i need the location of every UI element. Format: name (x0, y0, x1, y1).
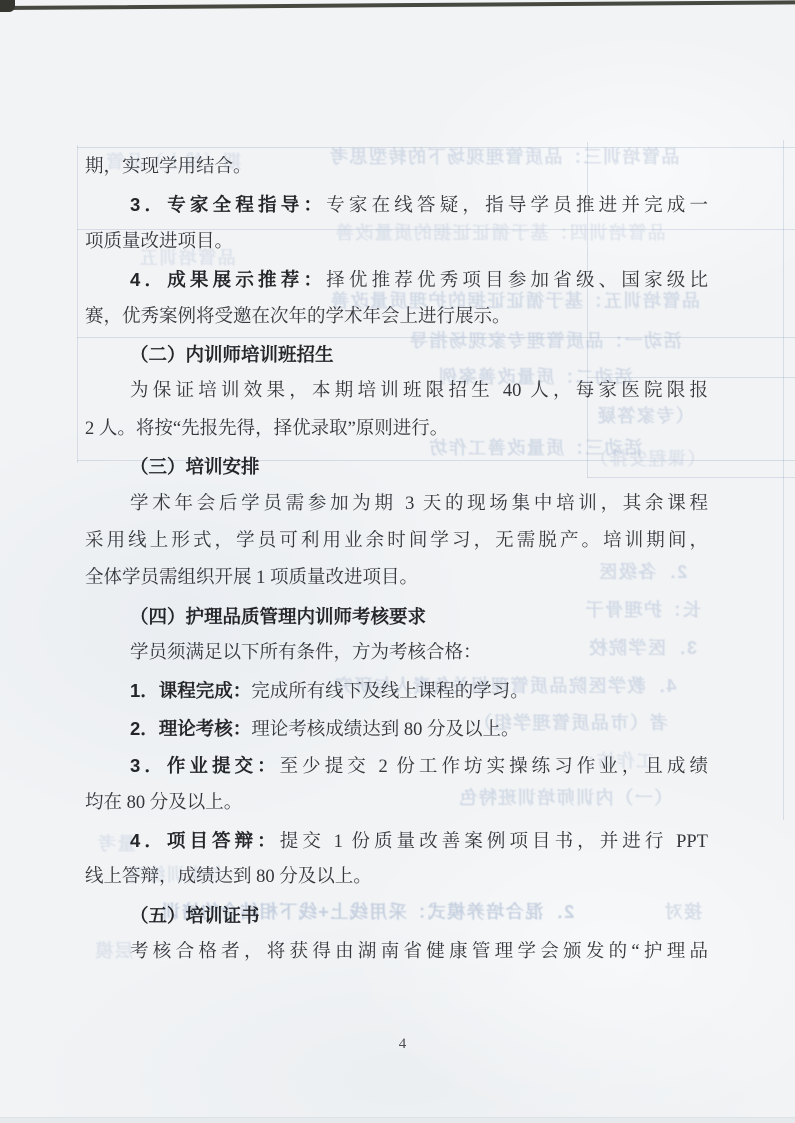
text-line: 全体学员需组织开展 1 项质量改进项目。 (85, 560, 708, 597)
text-run: 提交 1 份质量改善案例项目书，并进行 PPT (280, 832, 708, 852)
text-line: 1．课程完成：完成所有线下及线上课程的学习。 (85, 672, 708, 709)
section-heading: （五）培训证书 (85, 897, 708, 934)
text-line: 采用线上形式，学员可利用业余时间学习，无需脱产。培训期间， (85, 523, 708, 560)
bold-text-run: 3．作业提交： (130, 755, 280, 776)
bleedthrough-table-rule (77, 147, 795, 148)
bold-text-run: （五）培训证书 (130, 905, 260, 926)
text-line: 线上答辩，成绩达到 80 分及以上。 (85, 859, 708, 896)
text-run: 理论考核成绩达到 80 分及以上。 (251, 720, 519, 740)
text-line: 学员须满足以下所有条件，方为考核合格： (85, 635, 708, 672)
scanner-edge-artifact (0, 0, 795, 10)
text-run: 完成所有线下及线上课程的学习。 (251, 682, 529, 702)
section-heading: （四）护理品质管理内训师考核要求 (85, 598, 708, 635)
text-line: 3．专家全程指导：专家在线答疑，指导学员推进并完成一 (85, 186, 708, 223)
scanner-corner-artifact (0, 0, 15, 12)
bold-text-run: （四）护理品质管理内训师考核要求 (130, 606, 426, 627)
text-run: 项质量改进项目。 (85, 232, 233, 252)
text-run: 2 人。将按“先报先得，择优录取”原则进行。 (85, 419, 448, 439)
scanned-document-page: 品管培训三：品质管理现场下的转型思考期（线上）品管品管培训四：基于循证证据的质量… (0, 0, 795, 1123)
text-run: 择优推荐优秀项目参加省级、国家级比 (326, 271, 708, 291)
bold-text-run: 4．成果展示推荐： (130, 269, 326, 290)
bold-text-run: 2．理论考核： (130, 718, 251, 739)
document-body-text: 期，实现学用结合。3．专家全程指导：专家在线答疑，指导学员推进并完成一项质量改进… (85, 149, 708, 972)
text-line: 2 人。将按“先报先得，择优录取”原则进行。 (85, 411, 708, 448)
scan-bottom-shadow (0, 1117, 795, 1123)
text-line: 4．成果展示推荐：择优推荐优秀项目参加省级、国家级比 (85, 261, 708, 298)
text-line: 均在 80 分及以上。 (85, 785, 708, 822)
bold-text-run: 1．课程完成： (130, 680, 251, 701)
text-line: 期，实现学用结合。 (85, 149, 708, 186)
text-line: 4．项目答辩：提交 1 份质量改善案例项目书，并进行 PPT (85, 822, 708, 859)
section-heading: （二）内训师培训班招生 (85, 336, 708, 373)
bold-text-run: 4．项目答辩： (130, 830, 280, 851)
text-run: 为保证培训效果，本期培训班限招生 40 人，每家医院限报 (130, 381, 708, 401)
text-run: 均在 80 分及以上。 (85, 793, 242, 813)
bleedthrough-table-rule (77, 145, 78, 463)
text-line: 学术年会后学员需参加为期 3 天的现场集中培训，其余课程 (85, 486, 708, 523)
bold-text-run: （三）培训安排 (130, 456, 260, 477)
text-run: 学术年会后学员需参加为期 3 天的现场集中培训，其余课程 (130, 494, 708, 514)
text-run: 学员须满足以下所有条件，方为考核合格： (130, 643, 482, 663)
bleedthrough-table-rule (783, 140, 784, 820)
text-line: 项质量改进项目。 (85, 224, 708, 261)
text-run: 专家在线答疑，指导学员推进并完成一 (326, 196, 708, 216)
text-line: 赛，优秀案例将受邀在次年的学术年会上进行展示。 (85, 299, 708, 336)
text-line: 为保证培训效果，本期培训班限招生 40 人，每家医院限报 (85, 373, 708, 410)
bold-text-run: 3．专家全程指导： (130, 194, 326, 215)
section-heading: （三）培训安排 (85, 448, 708, 485)
page-number: 4 (0, 1036, 795, 1053)
text-line: 2．理论考核：理论考核成绩达到 80 分及以上。 (85, 710, 708, 747)
text-run: 考核合格者，将获得由湖南省健康管理学会颁发的“护理品 (130, 942, 708, 962)
text-line: 3．作业提交：至少提交 2 份工作坊实操练习作业，且成绩 (85, 747, 708, 784)
text-run: 采用线上形式，学员可利用业余时间学习，无需脱产。培训期间， (85, 531, 708, 551)
text-run: 赛，优秀案例将受邀在次年的学术年会上进行展示。 (85, 307, 511, 327)
text-run: 全体学员需组织开展 1 项质量改进项目。 (85, 568, 418, 588)
bold-text-run: （二）内训师培训班招生 (130, 344, 334, 365)
text-run: 期，实现学用结合。 (85, 157, 252, 177)
text-line: 考核合格者，将获得由湖南省健康管理学会颁发的“护理品 (85, 934, 708, 971)
text-run: 线上答辩，成绩达到 80 分及以上。 (85, 867, 372, 887)
text-run: 至少提交 2 份工作坊实操练习作业，且成绩 (280, 757, 708, 777)
